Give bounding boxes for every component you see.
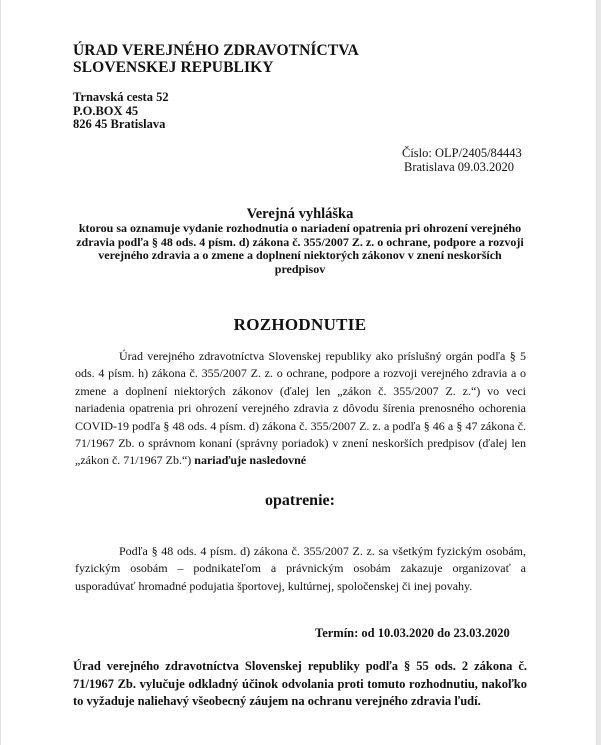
place-date: Bratislava 09.03.2020 bbox=[402, 160, 522, 174]
page-edge-left bbox=[0, 0, 1, 745]
measure-heading: opatrenie: bbox=[60, 492, 540, 510]
reference-number: Číslo: OLP/2405/84443 bbox=[402, 146, 522, 160]
decision-bold-tail: nariaďuje nasledovné bbox=[194, 453, 306, 467]
address-pobox: P.O.BOX 45 bbox=[73, 105, 169, 119]
document-page: ÚRAD VEREJNÉHO ZDRAVOTNÍCTVA SLOVENSKEJ … bbox=[0, 0, 596, 745]
authority-name-line2: SLOVENSKEJ REPUBLIKY bbox=[73, 59, 359, 76]
page-edge-right bbox=[596, 0, 601, 745]
measure-text: Podľa § 48 ods. 4 písm. d) zákona č. 355… bbox=[75, 544, 526, 593]
decision-text: Úrad verejného zdravotníctva Slovenskej … bbox=[75, 349, 526, 467]
public-notice: Verejná vyhláška ktorou sa oznamuje vyda… bbox=[60, 206, 540, 276]
authority-address: Trnavská cesta 52 P.O.BOX 45 826 45 Brat… bbox=[73, 91, 169, 132]
notice-subtitle-line: zdravia podľa § 48 ods. 4 písm. d) zákon… bbox=[60, 236, 540, 250]
notice-subtitle-line: verejného zdravia a o zmene a doplnení n… bbox=[60, 249, 540, 263]
notice-subtitle-line: predpisov bbox=[60, 263, 540, 277]
closing-paragraph: Úrad verejného zdravotníctva Slovenskej … bbox=[73, 658, 527, 711]
notice-title: Verejná vyhláška bbox=[60, 206, 540, 222]
address-street: Trnavská cesta 52 bbox=[73, 91, 169, 105]
term-period: Termín: od 10.03.2020 do 23.03.2020 bbox=[315, 626, 510, 641]
decision-heading: ROZHODNUTIE bbox=[60, 315, 540, 335]
authority-name-line1: ÚRAD VEREJNÉHO ZDRAVOTNÍCTVA bbox=[73, 42, 359, 59]
reference-block: Číslo: OLP/2405/84443 Bratislava 09.03.2… bbox=[402, 146, 522, 174]
issuing-authority: ÚRAD VEREJNÉHO ZDRAVOTNÍCTVA SLOVENSKEJ … bbox=[73, 42, 359, 76]
address-city: 826 45 Bratislava bbox=[73, 118, 169, 132]
notice-subtitle-line: ktorou sa oznamuje vydanie rozhodnutia o… bbox=[60, 222, 540, 236]
measure-paragraph: Podľa § 48 ods. 4 písm. d) zákona č. 355… bbox=[75, 543, 526, 595]
decision-paragraph: Úrad verejného zdravotníctva Slovenskej … bbox=[75, 348, 526, 470]
